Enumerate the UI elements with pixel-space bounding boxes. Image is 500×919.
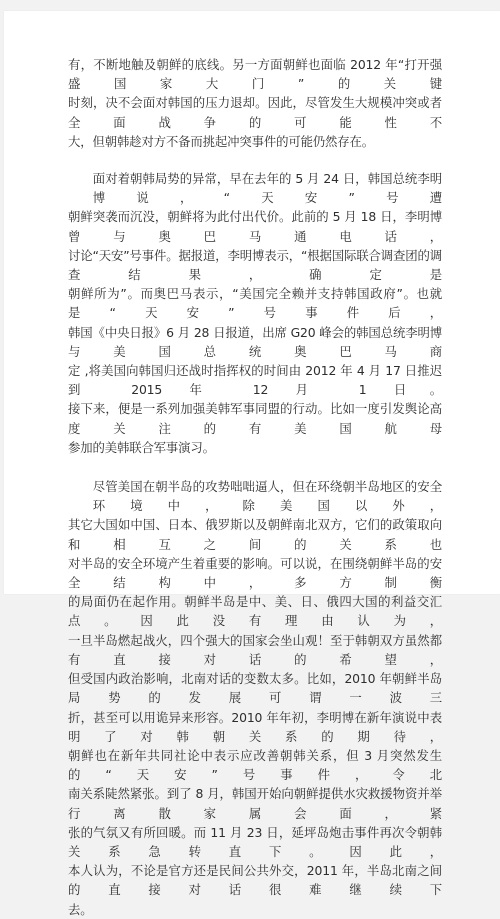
paragraph-2: 面对着朝韩局势的异常，早在去年的 5 月 24 日，韩国总统李明博说，“天安”号… <box>68 169 442 457</box>
text-line: 大，但朝韩趁对方不备而挑起冲突事件的可能仍然存在。 <box>68 132 442 151</box>
paragraph-spacer <box>68 457 442 477</box>
text-line: 朝鲜所为”。而奥巴马表示，“美国完全赖并支持韩国政府”。也就是“天安”号事件后， <box>68 284 442 322</box>
text-line: 朝鲜突袭而沉没，朝鲜将为此付出代价。此前的 5 月 18 日，李明博曾与奥巴马通… <box>68 207 442 245</box>
paragraph-spacer <box>68 151 442 169</box>
paragraph-3: 尽管美国在朝半岛的攻势咄咄逼人，但在环绕朝半岛地区的安全环境中，除美国以外， 其… <box>68 477 442 594</box>
paragraph-1: 有，不断地触及朝鲜的底线。另一方面朝鲜也面临 2012 年“打开强盛国家大门”的… <box>68 55 442 151</box>
text-line: 韩国《中央日报》6 月 28 日报道，出席 G20 峰会的韩国总统李明博与美国总… <box>68 323 442 361</box>
text-line: 面对着朝韩局势的异常，早在去年的 5 月 24 日，韩国总统李明博说，“天安”号… <box>68 169 442 207</box>
text-line: 有，不断地触及朝鲜的底线。另一方面朝鲜也面临 2012 年“打开强盛国家大门”的… <box>68 55 442 93</box>
text-line: 其它大国如中国、日本、俄罗斯以及朝鲜南北双方，它们的政策取向和相互之间的关系也 <box>68 515 442 553</box>
text-line: 参加的美韩联合军事演习。 <box>68 438 442 457</box>
document-body: 有，不断地触及朝鲜的底线。另一方面朝鲜也面临 2012 年“打开强盛国家大门”的… <box>68 55 442 594</box>
text-line: 尽管美国在朝半岛的攻势咄咄逼人，但在环绕朝半岛地区的安全环境中，除美国以外， <box>68 477 442 515</box>
text-line: 对半岛的安全环境产生着重要的影响。可以说，在围绕朝鲜半岛的安全结构中，多方制衡 <box>68 554 442 592</box>
text-line: 时刻，决不会面对韩国的压力退却。因此，尽管发生大规模冲突或者全面战争的可能性不 <box>68 93 442 131</box>
text-line: 接下来，便是一系列加强美韩军事同盟的行动。比如一度引发舆论高度关注的有美国航母 <box>68 399 442 437</box>
text-line: 定 ,将美国向韩国归还战时指挥权的时间由 2012 年 4 月 17 日推迟到 … <box>68 361 442 399</box>
text-line: 讨论“天安”号事件。据报道，李明博表示，“根据国际联合调查团的调查结果，确定是 <box>68 246 442 284</box>
document-page: 有，不断地触及朝鲜的底线。另一方面朝鲜也面临 2012 年“打开强盛国家大门”的… <box>4 11 500 594</box>
